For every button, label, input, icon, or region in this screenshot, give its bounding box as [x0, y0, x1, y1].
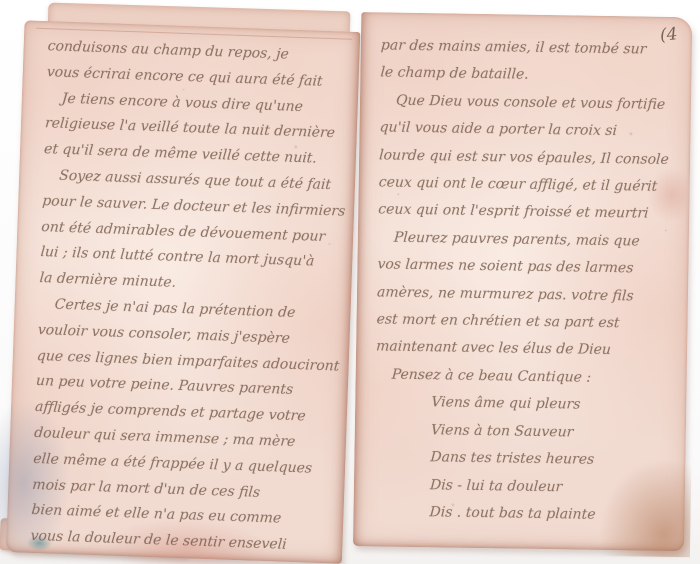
scanned-letter: conduisons au champ du repos, jevous écr…: [0, 0, 700, 564]
left-page-text: conduisons au champ du repos, jevous écr…: [6, 20, 360, 563]
handwritten-line: Pensez à ce beau Cantique :: [375, 361, 678, 393]
handwritten-line: Dis . tout bas ta plainte: [429, 499, 676, 530]
handwritten-line: Dans tes tristes heures: [429, 444, 676, 475]
handwritten-line: Dis - lui ta douleur: [429, 472, 676, 503]
left-page: conduisons au champ du repos, jevous écr…: [6, 20, 360, 563]
handwritten-line: Viens à ton Sauveur: [430, 417, 677, 448]
handwritten-line: qu'il vous aide a porter la croix si: [379, 115, 682, 147]
right-page-text: par des mains amies, il est tombé surle …: [353, 12, 692, 551]
handwritten-line: vos larmes ne soient pas des larmes: [376, 252, 679, 284]
right-page: (4 par des mains amies, il est tombé sur…: [353, 12, 692, 551]
handwritten-line: Viens âme qui pleurs: [430, 390, 677, 421]
